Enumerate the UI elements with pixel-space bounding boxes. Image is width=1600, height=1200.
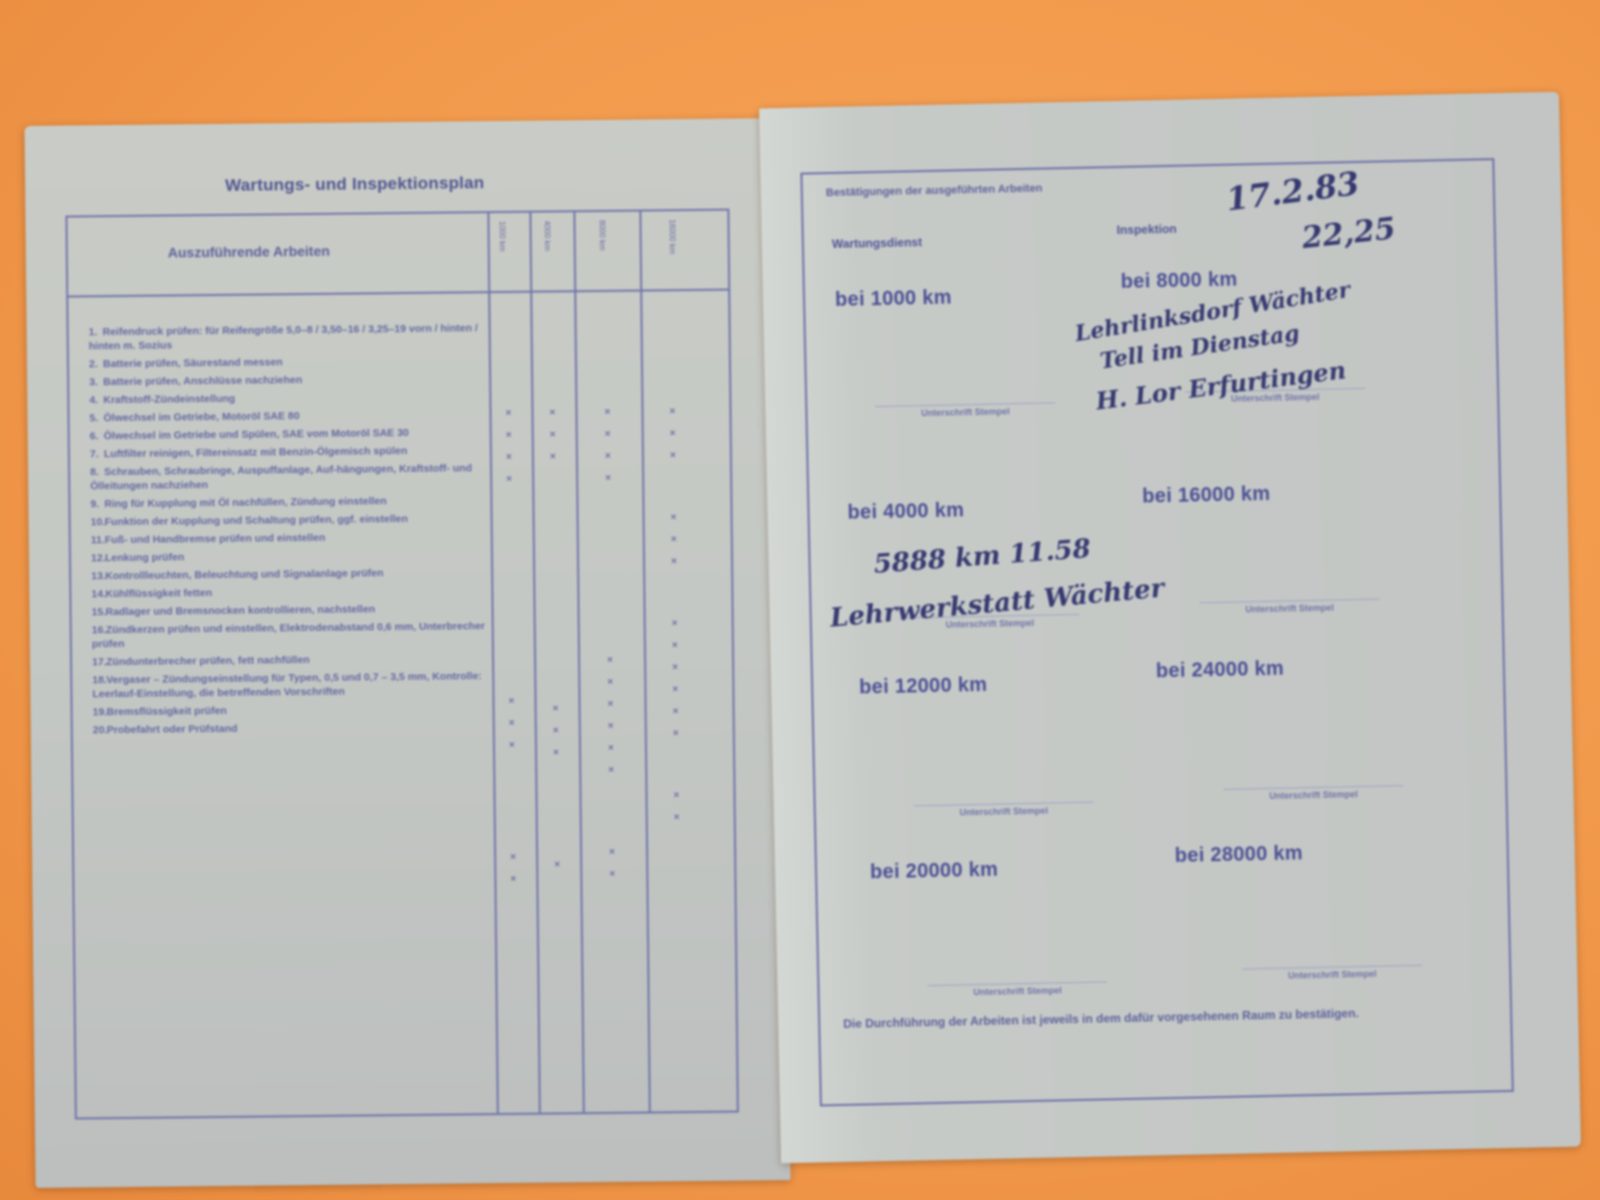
list-item: 8.Schrauben, Schraubringe, Auspuffanlage… — [90, 461, 485, 493]
column-header: 1000 km — [497, 221, 505, 252]
list-item: 6.Ölwechsel im Getriebe und Spülen, SAE … — [90, 425, 485, 443]
column-divider — [639, 212, 650, 1112]
marks-column-8000: ×××× ×××××× ×× — [604, 402, 615, 886]
list-item: 16.Zündkerzen prüfen und einstellen, Ele… — [92, 619, 487, 651]
list-item: 20.Probefahrt oder Prüfstand — [93, 719, 488, 737]
list-item: 17.Zündunterbrecher prüfen, fett nachfül… — [92, 651, 487, 669]
column-divider — [573, 212, 584, 1112]
task-list: 1.Reifendruck prüfen: für Reifengröße 5,… — [89, 321, 488, 741]
interval-8000km: bei 8000 km — [1121, 269, 1238, 294]
marks-column-1000: ×××× ××× ×× — [505, 403, 516, 891]
column-divider — [487, 213, 498, 1113]
inspection-label: Inspektion — [1117, 222, 1177, 237]
interval-16000km: bei 16000 km — [1142, 483, 1271, 509]
list-item: 12.Lenkung prüfen — [91, 547, 486, 565]
list-item: 18.Vergaser – Zündungseinstellung für Ty… — [92, 669, 487, 701]
list-item: 5.Ölwechsel im Getriebe, Motoröl SAE 80 — [89, 407, 484, 425]
list-item: 10.Funktion der Kupplung und Schaltung p… — [91, 511, 486, 529]
interval-28000km: bei 28000 km — [1175, 842, 1304, 868]
table-header: Auszuführende Arbeiten — [67, 211, 728, 298]
marks-column-4000: ××× ××× × — [549, 402, 560, 876]
list-item: 19.Bremsflüssigkeit prüfen — [93, 701, 488, 719]
column-header: 4000 km — [542, 220, 550, 251]
interval-4000km: bei 4000 km — [847, 499, 964, 524]
service-label: Wartungsdienst — [832, 235, 923, 251]
column-header: 8000 km — [597, 220, 605, 251]
maintenance-table: Auszuführende Arbeiten 1000 km 4000 km 8… — [65, 209, 738, 1120]
interval-12000km: bei 12000 km — [859, 674, 988, 700]
column-header: 16000 km — [667, 219, 675, 254]
right-page: Bestätigungen der ausgeführten Arbeiten … — [759, 92, 1581, 1164]
column-divider — [529, 213, 540, 1113]
list-item: 1.Reifendruck prüfen: für Reifengröße 5,… — [89, 321, 484, 353]
list-item: 4.Kraftstoff-Zündeinstellung — [89, 389, 484, 407]
list-item: 3.Batterie prüfen, Anschlüsse nachziehen — [89, 371, 484, 389]
interval-1000km: bei 1000 km — [835, 287, 952, 312]
interval-20000km: bei 20000 km — [870, 859, 999, 885]
list-item: 9.Ring für Kupplung mit Öl nachfüllen, Z… — [90, 493, 485, 511]
list-item: 2.Batterie prüfen, Säurestand messen — [89, 353, 484, 371]
list-item: 11.Fuß- und Handbremse prüfen und einste… — [91, 529, 486, 547]
interval-24000km: bei 24000 km — [1156, 658, 1285, 684]
list-item: 7.Luftfilter reinigen, Filtereinsatz mit… — [90, 443, 485, 461]
plan-title: Wartungs- und Inspektionsplan — [225, 173, 484, 196]
list-item: 15.Radlager und Bremsnocken kontrolliere… — [91, 601, 486, 619]
list-item: 13.Kontrollleuchten, Beleuchtung und Sig… — [91, 565, 486, 583]
list-item: 14.Kühlflüssigkeit fetten — [91, 583, 486, 601]
left-page: Wartungs- und Inspektionsplan Auszuführe… — [24, 118, 790, 1188]
table-header-label: Auszuführende Arbeiten — [168, 243, 330, 261]
marks-column-16000: ××× ××× ×××××× ×× — [669, 401, 679, 829]
